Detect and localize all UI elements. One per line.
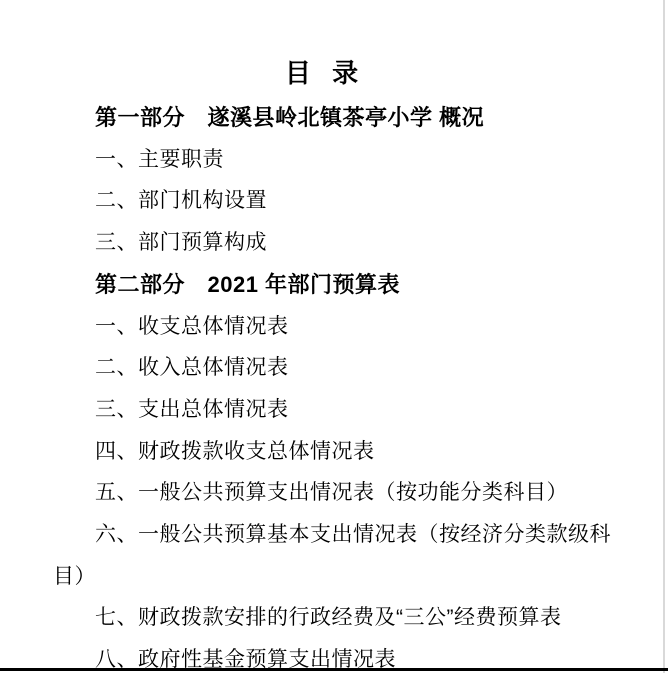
page-bottom-rule <box>0 668 668 671</box>
toc-entry: 二、收入总体情况表 <box>53 347 645 389</box>
page-right-edge-divider <box>663 0 665 673</box>
toc-entry: 一、收支总体情况表 <box>53 306 645 348</box>
toc-entry: 六、一般公共预算基本支出情况表（按经济分类款级科 目） <box>53 514 645 597</box>
toc-entry: 一、主要职责 <box>53 139 645 181</box>
toc-entry: 三、支出总体情况表 <box>53 389 645 431</box>
toc-section-2-heading: 第二部分 2021 年部门预算表 <box>53 264 645 306</box>
toc-list: 第一部分 遂溪县岭北镇茶亭小学 概况 一、主要职责 二、部门机构设置 三、部门预… <box>53 97 645 673</box>
toc-entry: 四、财政拨款收支总体情况表 <box>53 431 645 473</box>
toc-entry: 三、部门预算构成 <box>53 222 645 264</box>
page-title: 目 录 <box>0 57 650 89</box>
toc-entry: 七、财政拨款安排的行政经费及“三公”经费预算表 <box>53 597 645 639</box>
toc-entry: 五、一般公共预算支出情况表（按功能分类科目） <box>53 472 645 514</box>
document-page: 目 录 第一部分 遂溪县岭北镇茶亭小学 概况 一、主要职责 二、部门机构设置 三… <box>0 0 668 673</box>
toc-entry: 二、部门机构设置 <box>53 180 645 222</box>
toc-section-1-heading: 第一部分 遂溪县岭北镇茶亭小学 概况 <box>53 97 645 139</box>
